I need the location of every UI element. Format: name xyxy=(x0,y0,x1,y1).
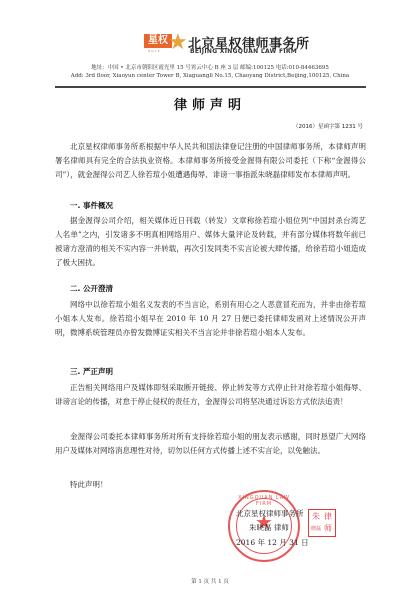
stamp-char: 晓磊 xyxy=(310,523,322,535)
section-3-paragraph-1: 正告相关网络用户及媒体即刻采取断开链接、停止转发等方式停止针对徐若瑄小姐侮辱、诽… xyxy=(55,381,366,409)
signature-date: 2016 年 12 月 31 日 xyxy=(236,537,309,548)
section-heading-1: 一. 事件概况 xyxy=(70,200,113,211)
star-icon: ★ xyxy=(168,32,188,54)
header-divider xyxy=(55,86,366,88)
section-heading-2: 二. 公开澄清 xyxy=(70,283,113,294)
firm-name-en: BEIJING XINGQUAN LAW FIRM xyxy=(190,48,297,55)
logo-badge-sub: XQLF xyxy=(148,49,161,53)
signature-lawyer: 朱晓磊 律师 xyxy=(249,522,289,533)
intro-paragraph: 北京星权律师事务所系根据中华人民共和国法律登记注册的中国律师事务所，本律师声明署… xyxy=(55,140,366,182)
address-en: Add: 3rd floor, Xiaoyun center Tower B, … xyxy=(0,73,420,79)
stamp-char: 朱 xyxy=(310,511,322,523)
seal-text: XINGQUAN LAW FIRM xyxy=(230,495,298,507)
lawyer-stamp: 朱 律 晓磊 师 xyxy=(308,509,336,537)
section-2-paragraph: 网络中以徐若瑄小姐名义发表的不当言论，系别有用心之人恶意冒充而为，并非由徐若瑄小… xyxy=(55,298,366,340)
firm-logo: 星权 XQLF ★ 北京星权律师事务所 BEIJING XINGQUAN LAW… xyxy=(144,32,294,56)
reference-number: （2016）星函字第 1231 号 xyxy=(293,122,363,130)
document-title: 律师声明 xyxy=(0,94,420,113)
closing-statement: 特此声明！ xyxy=(55,478,366,492)
stamp-char: 师 xyxy=(322,523,334,535)
address-cn: 地址：中国 • 北京市朝阳区霞光里 15 号霄云中心 B 座 3 层 邮编:10… xyxy=(0,63,420,71)
section-heading-3: 三. 严正声明 xyxy=(70,366,113,377)
section-1-paragraph: 据金渥得公司介绍，相关媒体近日刊载（转发）文章称徐若瑄小姐位列“中国封杀台湾艺人… xyxy=(55,214,366,270)
section-3-paragraph-2: 金渥得公司委托本律师事务所对所有支持徐若瑄小姐的朋友表示感谢，同时恳望广大网络用… xyxy=(55,430,366,458)
stamp-char: 律 xyxy=(322,511,334,523)
page-footer: 第 1 页 共 1 页 xyxy=(0,577,420,585)
signature-firm: 北京星权律师事务所 xyxy=(236,508,304,519)
